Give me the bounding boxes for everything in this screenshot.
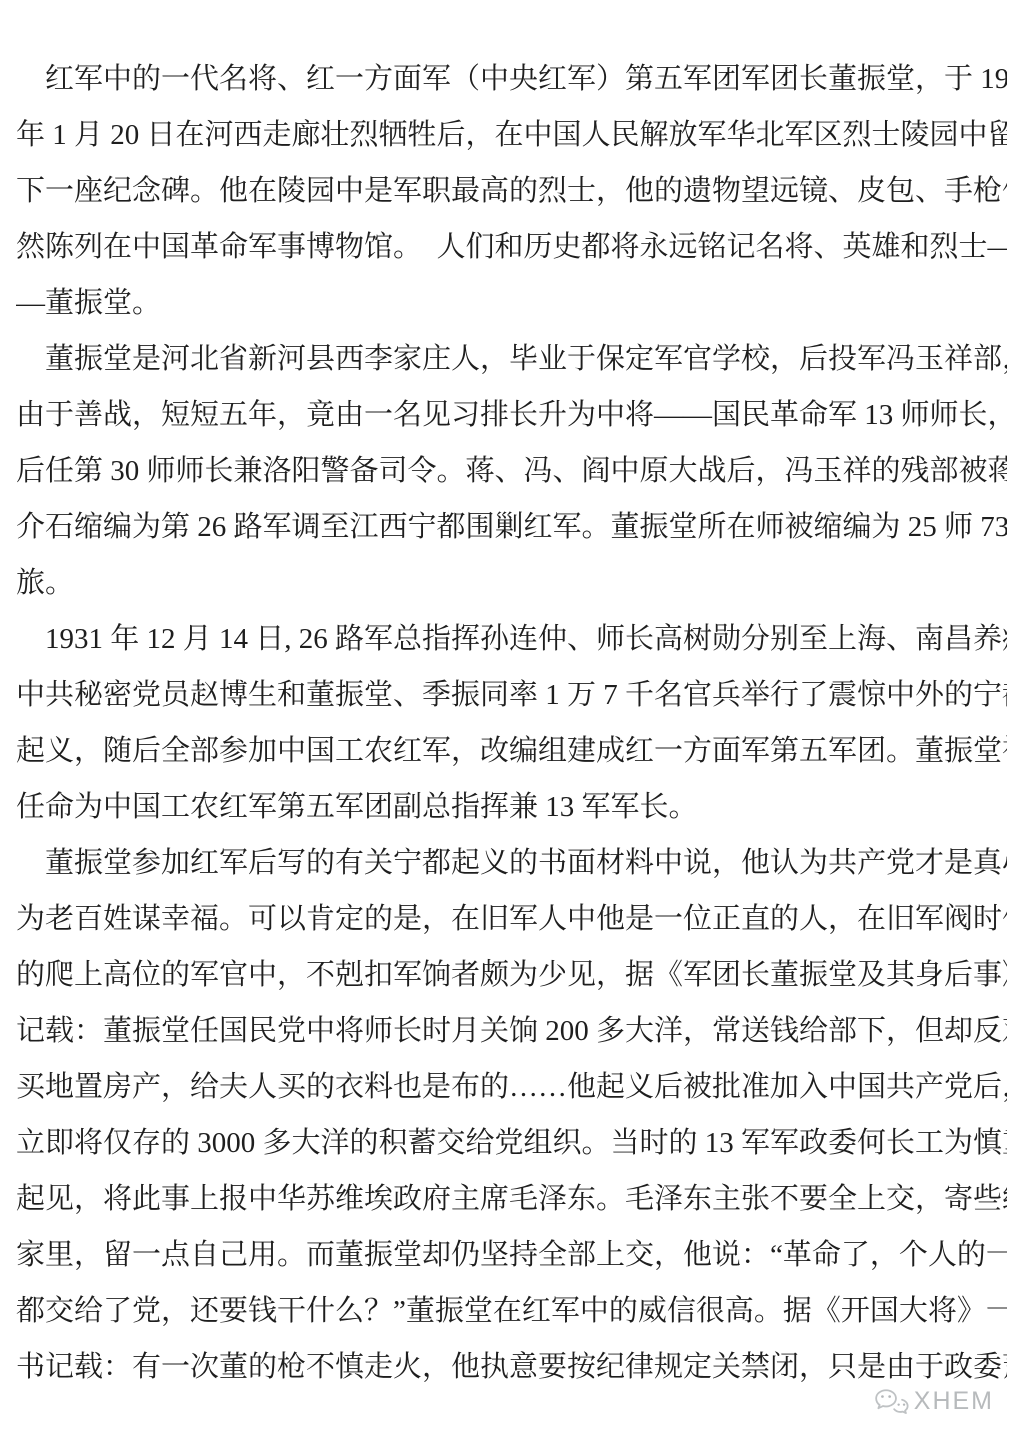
text-line: 1931 年 12 月 14 日, 26 路军总指挥孙连仲、师长高树勋分别至上海… [16, 611, 1007, 667]
watermark-label: XHEM [914, 1389, 994, 1414]
text-line: 立即将仅存的 3000 多大洋的积蓄交给党组织。当时的 13 军军政委何长工为慎… [16, 1115, 1007, 1171]
paragraph: 董振堂参加红军后写的有关宁都起义的书面材料中说，他认为共产党才是真心为老百姓谋幸… [16, 835, 1007, 1395]
text-line: 记载：董振堂任国民党中将师长时月关饷 200 多大洋，常送钱给部下，但却反对 [16, 1003, 1007, 1059]
text-line: 家里，留一点自己用。而董振堂却仍坚持全部上交，他说：“革命了，个人的一切 [16, 1227, 1007, 1283]
paragraph: 红军中的一代名将、红一方面军（中央红军）第五军团军团长董振堂，于 1937年 1… [16, 51, 1007, 331]
text-line: 中共秘密党员赵博生和董振堂、季振同率 1 万 7 千名官兵举行了震惊中外的宁都 [16, 667, 1007, 723]
paragraph: 董振堂是河北省新河县西李家庄人，毕业于保定军官学校，后投军冯玉祥部，由于善战，短… [16, 331, 1007, 611]
wechat-icon [873, 1388, 909, 1415]
text-line: 为老百姓谋幸福。可以肯定的是，在旧军人中他是一位正直的人，在旧军阀时代 [16, 891, 1007, 947]
paragraph: 1931 年 12 月 14 日, 26 路军总指挥孙连仲、师长高树勋分别至上海… [16, 611, 1007, 835]
text-line: 买地置房产，给夫人买的衣料也是布的……他起义后被批准加入中国共产党后， [16, 1059, 1007, 1115]
text-line: —董振堂。 [16, 275, 1007, 331]
text-line: 都交给了党，还要钱干什么？”董振堂在红军中的威信很高。据《开国大将》一 [16, 1283, 1007, 1339]
text-line: 董振堂参加红军后写的有关宁都起义的书面材料中说，他认为共产党才是真心 [16, 835, 1007, 891]
text-line: 后任第 30 师师长兼洛阳警备司令。蒋、冯、阎中原大战后，冯玉祥的残部被蒋 [16, 443, 1007, 499]
text-line: 旅。 [16, 555, 1007, 611]
text-line: 下一座纪念碑。他在陵园中是军职最高的烈士，他的遗物望远镜、皮包、手枪仍 [16, 163, 1007, 219]
text-line: 任命为中国工农红军第五军团副总指挥兼 13 军军长。 [16, 779, 1007, 835]
text-line: 年 1 月 20 日在河西走廊壮烈牺牲后，在中国人民解放军华北军区烈士陵园中留 [16, 107, 1007, 163]
text-line: 书记载：有一次董的枪不慎走火，他执意要按纪律规定关禁闭，只是由于政委萧 [16, 1339, 1007, 1395]
article-body: 红军中的一代名将、红一方面军（中央红军）第五军团军团长董振堂，于 1937年 1… [0, 0, 1024, 1395]
text-line: 红军中的一代名将、红一方面军（中央红军）第五军团军团长董振堂，于 1937 [16, 51, 1007, 107]
watermark: XHEM [873, 1388, 994, 1415]
text-line: 然陈列在中国革命军事博物馆。 人们和历史都将永远铭记名将、英雄和烈士— [16, 219, 1007, 275]
text-line: 的爬上高位的军官中，不剋扣军饷者颇为少见，据《军团长董振堂及其身后事》 [16, 947, 1007, 1003]
text-line: 起见，将此事上报中华苏维埃政府主席毛泽东。毛泽东主张不要全上交，寄些给 [16, 1171, 1007, 1227]
text-line: 起义，随后全部参加中国工农红军，改编组建成红一方面军第五军团。董振堂被 [16, 723, 1007, 779]
text-line: 由于善战，短短五年，竟由一名见习排长升为中将——国民革命军 13 师师长， [16, 387, 1007, 443]
text-line: 介石缩编为第 26 路军调至江西宁都围剿红军。董振堂所在师被缩编为 25 师 7… [16, 499, 1007, 555]
text-line: 董振堂是河北省新河县西李家庄人，毕业于保定军官学校，后投军冯玉祥部， [16, 331, 1007, 387]
